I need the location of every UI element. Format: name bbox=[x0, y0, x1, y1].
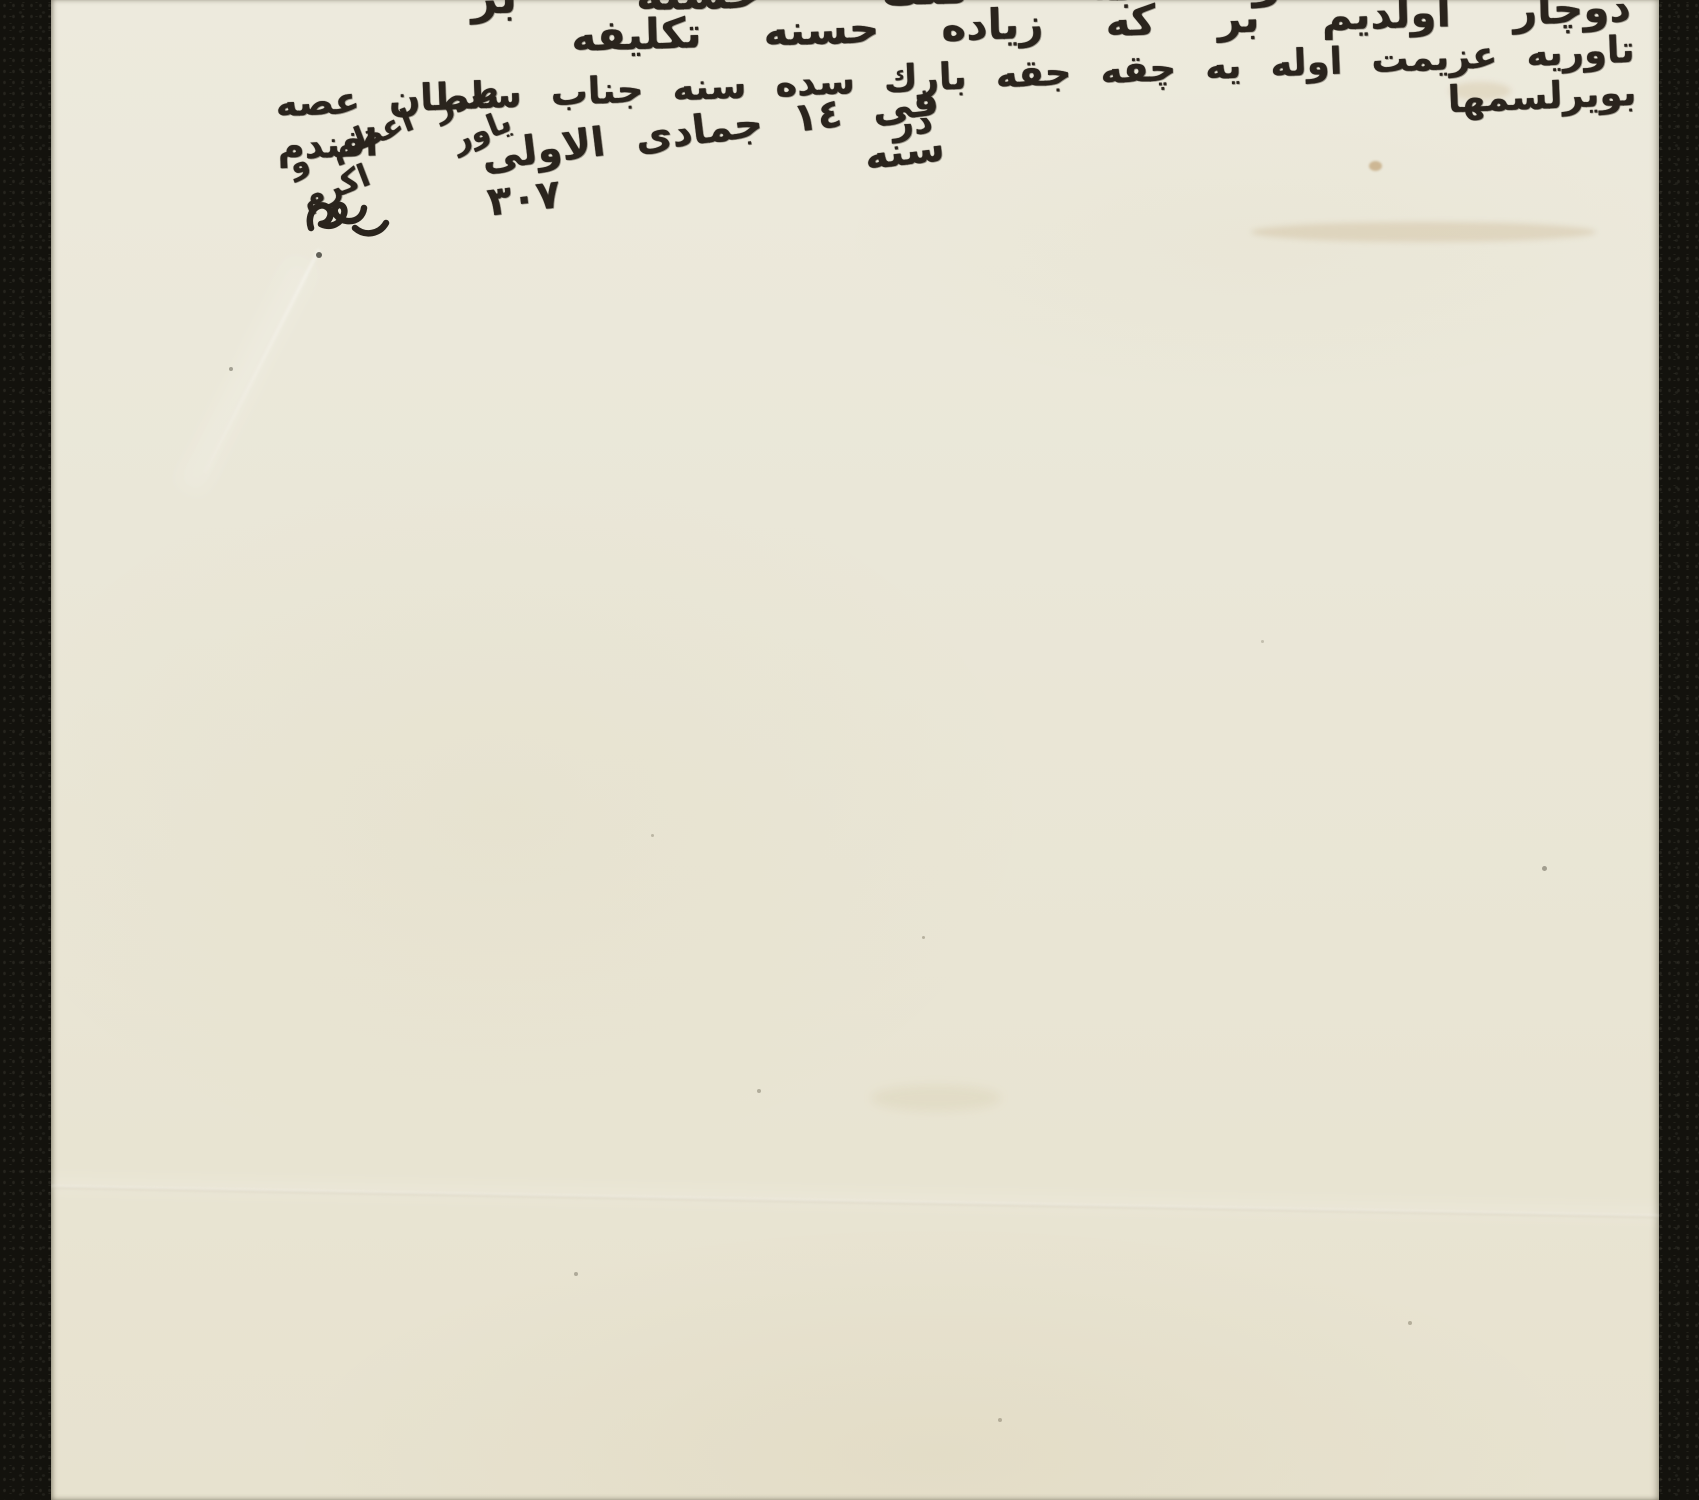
paper-speck bbox=[998, 1418, 1002, 1422]
fold-crease-horizontal bbox=[51, 1185, 1659, 1218]
paper-speck bbox=[651, 834, 654, 837]
stain-band bbox=[1251, 222, 1596, 242]
paper-speck bbox=[574, 1272, 578, 1276]
paper-sheet: و به كلك حسنه بر دوچار اولديم بر كه زياد… bbox=[51, 0, 1659, 1500]
paper-speck bbox=[1542, 866, 1547, 871]
paper-speck bbox=[229, 367, 233, 371]
fold-crease-diagonal bbox=[204, 249, 320, 473]
fold-crease-diagonal-glow bbox=[178, 259, 315, 494]
paper-speck bbox=[757, 1089, 761, 1093]
scanned-document: و به كلك حسنه بر دوچار اولديم بر كه زياد… bbox=[0, 0, 1699, 1500]
stain-lower bbox=[871, 1085, 1001, 1111]
signature-paraph bbox=[297, 188, 392, 258]
paper-speck bbox=[922, 936, 925, 939]
paper-speck bbox=[1261, 640, 1264, 643]
fold-crease-horizontal-glow bbox=[51, 1176, 1659, 1221]
foxing-dot bbox=[1369, 161, 1382, 171]
paper-speck bbox=[1408, 1321, 1412, 1325]
